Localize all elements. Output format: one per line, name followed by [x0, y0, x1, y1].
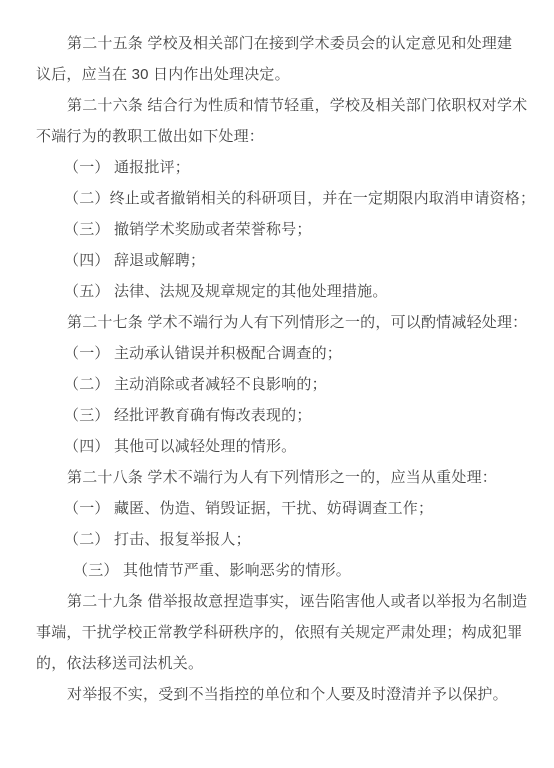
text-line: 事端，干扰学校正常教学科研秩序的，依照有关规定严肃处理；构成犯罪 [36, 617, 516, 648]
list-item: （三） 其他情节严重、影响恶劣的情形。 [36, 555, 516, 586]
text-line: （一） 主动承认错误并积极配合调查的； [36, 338, 516, 369]
paragraph-article-25: 第二十五条 学校及相关部门在接到学术委员会的认定意见和处理建 议后，应当在 30… [36, 28, 516, 90]
list-item: （一） 藏匿、伪造、销毁证据，干扰、妨碍调查工作； [36, 493, 516, 524]
paragraph-article-27: 第二十七条 学术不端行为人有下列情形之一的，可以酌情减轻处理： [36, 307, 516, 338]
list-item: （三） 撤销学术奖励或者荣誉称号； [36, 214, 516, 245]
list-item: （二） 主动消除或者减轻不良影响的； [36, 369, 516, 400]
text-line: 第二十八条 学术不端行为人有下列情形之一的，应当从重处理： [36, 462, 516, 493]
list-item: （一） 通报批评； [36, 152, 516, 183]
text-line: 不端行为的教职工做出如下处理： [36, 121, 516, 152]
text-line: 议后，应当在 30 日内作出处理决定。 [36, 59, 516, 90]
list-item: （二）终止或者撤销相关的科研项目，并在一定期限内取消申请资格； [36, 183, 516, 214]
document-page: 第二十五条 学校及相关部门在接到学术委员会的认定意见和处理建 议后，应当在 30… [0, 0, 554, 768]
text-line: 的，依法移送司法机关。 [36, 648, 516, 679]
paragraph-article-26: 第二十六条 结合行为性质和情节轻重，学校及相关部门依职权对学术 不端行为的教职工… [36, 90, 516, 152]
list-item: （一） 主动承认错误并积极配合调查的； [36, 338, 516, 369]
text-line: （四） 辞退或解聘； [36, 245, 516, 276]
paragraph-closing: 对举报不实，受到不当指控的单位和个人要及时澄清并予以保护。 [36, 679, 516, 710]
text-line: （三） 其他情节严重、影响恶劣的情形。 [36, 555, 516, 586]
text-line: （一） 通报批评； [36, 152, 516, 183]
text-line: （二） 主动消除或者减轻不良影响的； [36, 369, 516, 400]
paragraph-article-29: 第二十九条 借举报故意捏造事实，诬告陷害他人或者以举报为名制造 事端，干扰学校正… [36, 586, 516, 679]
paragraph-article-28: 第二十八条 学术不端行为人有下列情形之一的，应当从重处理： [36, 462, 516, 493]
text-line: （三） 经批评教育确有悔改表现的； [36, 400, 516, 431]
text-line: 第二十六条 结合行为性质和情节轻重，学校及相关部门依职权对学术 [36, 90, 516, 121]
list-item: （二） 打击、报复举报人； [36, 524, 516, 555]
text-line: 第二十七条 学术不端行为人有下列情形之一的，可以酌情减轻处理： [36, 307, 516, 338]
list-item: （五） 法律、法规及规章规定的其他处理措施。 [36, 276, 516, 307]
text-line: （五） 法律、法规及规章规定的其他处理措施。 [36, 276, 516, 307]
text-line: （四） 其他可以减轻处理的情形。 [36, 431, 516, 462]
text-line: （三） 撤销学术奖励或者荣誉称号； [36, 214, 516, 245]
text-line: （一） 藏匿、伪造、销毁证据，干扰、妨碍调查工作； [36, 493, 516, 524]
text-line: 第二十九条 借举报故意捏造事实，诬告陷害他人或者以举报为名制造 [36, 586, 516, 617]
text-line: （二） 打击、报复举报人； [36, 524, 516, 555]
list-item: （三） 经批评教育确有悔改表现的； [36, 400, 516, 431]
list-item: （四） 辞退或解聘； [36, 245, 516, 276]
list-item: （四） 其他可以减轻处理的情形。 [36, 431, 516, 462]
text-line: 第二十五条 学校及相关部门在接到学术委员会的认定意见和处理建 [36, 28, 516, 59]
text-line: 对举报不实，受到不当指控的单位和个人要及时澄清并予以保护。 [36, 679, 516, 710]
text-line: （二）终止或者撤销相关的科研项目，并在一定期限内取消申请资格； [36, 183, 516, 214]
